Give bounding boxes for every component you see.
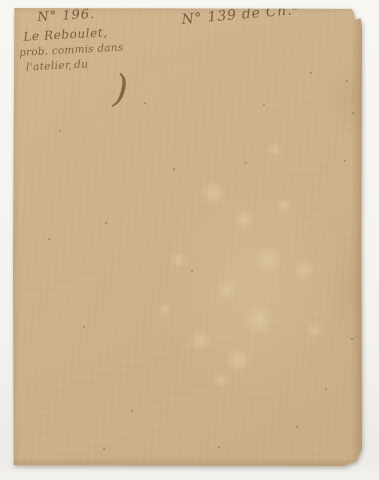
paper-specks <box>13 8 15 10</box>
foxing-stains <box>13 8 362 466</box>
scan-background: N° 196. Le Reboulet, prob. commis dans l… <box>0 0 379 480</box>
paper-sheet: N° 196. Le Reboulet, prob. commis dans l… <box>13 8 362 466</box>
annotation-top-left: N° 196. Le Reboulet, prob. commis dans l… <box>17 4 150 74</box>
closing-parenthesis-mark: ) <box>112 69 129 108</box>
annotation-number-line: N° 196. <box>37 4 148 25</box>
paper-shadow: N° 196. Le Reboulet, prob. commis dans l… <box>13 8 362 466</box>
